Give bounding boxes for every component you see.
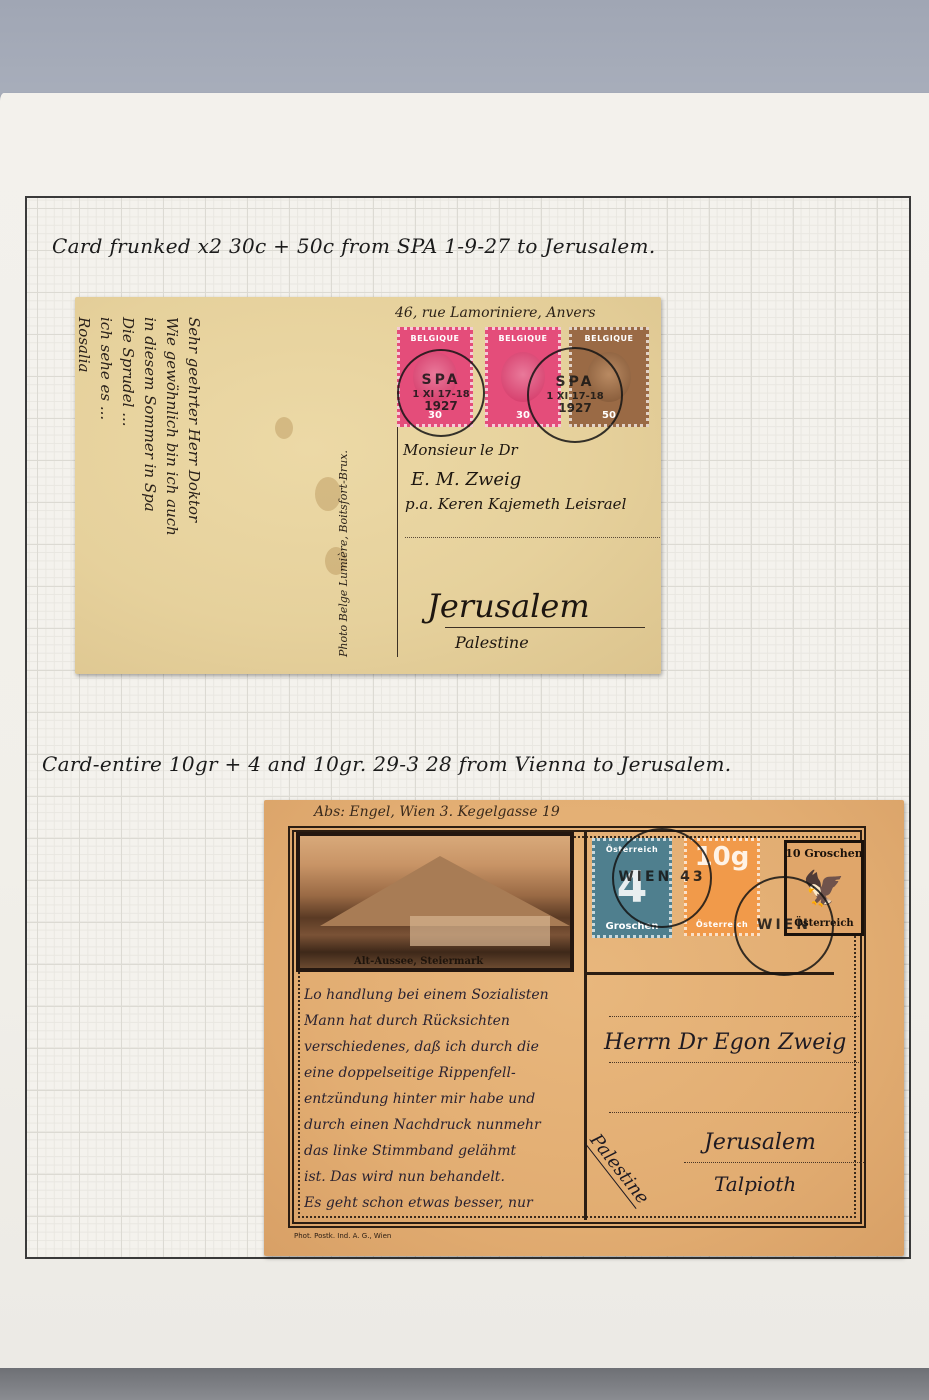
wien-postmark: WIEN bbox=[734, 876, 834, 976]
publisher-imprint: Phot. Postk. Ind. A. G., Wien bbox=[294, 1232, 391, 1240]
address-line bbox=[684, 1162, 864, 1163]
publisher-imprint: Photo Belge Lumière, Boitsfort-Brux. bbox=[337, 450, 350, 657]
card-divider bbox=[397, 387, 398, 657]
recipient-name: E. M. Zweig bbox=[411, 469, 521, 490]
wien-postmark: WIEN 43 bbox=[612, 828, 712, 928]
stain bbox=[275, 417, 293, 439]
address-line bbox=[405, 537, 660, 538]
address-line bbox=[609, 1112, 859, 1113]
photo-backdrop bbox=[0, 0, 929, 100]
handwritten-message: Sehr geehrter Herr Doktor Wie gewöhnlich… bbox=[5, 317, 205, 677]
spa-postmark: SPA 1 XI 17-18 1927 bbox=[527, 347, 623, 443]
recipient-salutation: Monsieur le Dr bbox=[403, 441, 518, 459]
sender-address: Abs: Engel, Wien 3. Kegelgasse 19 bbox=[314, 804, 560, 820]
photo-backdrop-bottom bbox=[0, 1368, 929, 1400]
item-2-caption: Card-entire 10gr + 4 and 10gr. 29-3 28 f… bbox=[42, 752, 731, 776]
item-1-caption: Card frunked x2 30c + 50c from SPA 1-9-2… bbox=[52, 234, 655, 258]
address-line bbox=[609, 1062, 859, 1063]
town-view bbox=[410, 916, 550, 946]
postcard-austria: Abs: Engel, Wien 3. Kegelgasse 19 Alt-Au… bbox=[264, 800, 904, 1256]
recipient-name: Herrn Dr Egon Zweig bbox=[604, 1030, 846, 1055]
photo-caption: Alt-Aussee, Steiermark bbox=[354, 956, 483, 967]
recipient-care-of: p.a. Keren Kajemeth Leisrael bbox=[405, 495, 626, 513]
recipient-city: Jerusalem bbox=[427, 587, 590, 625]
address-line bbox=[609, 1016, 859, 1017]
handwritten-message: Lo handlung bei einem Sozialisten Mann h… bbox=[304, 982, 574, 1216]
card-divider bbox=[584, 830, 587, 1220]
spa-postmark: SPA 1 XI 17-18 1927 bbox=[397, 349, 485, 437]
address-line bbox=[445, 627, 645, 628]
recipient-city: Jerusalem bbox=[704, 1130, 816, 1155]
recipient-country: Palestine bbox=[455, 633, 529, 652]
alt-aussee-photo bbox=[296, 832, 574, 972]
return-address: 46, rue Lamoriniere, Anvers bbox=[395, 305, 596, 321]
postcard-belgium: Sehr geehrter Herr Doktor Wie gewöhnlich… bbox=[75, 297, 661, 674]
recipient-district: Talpioth bbox=[714, 1172, 796, 1196]
